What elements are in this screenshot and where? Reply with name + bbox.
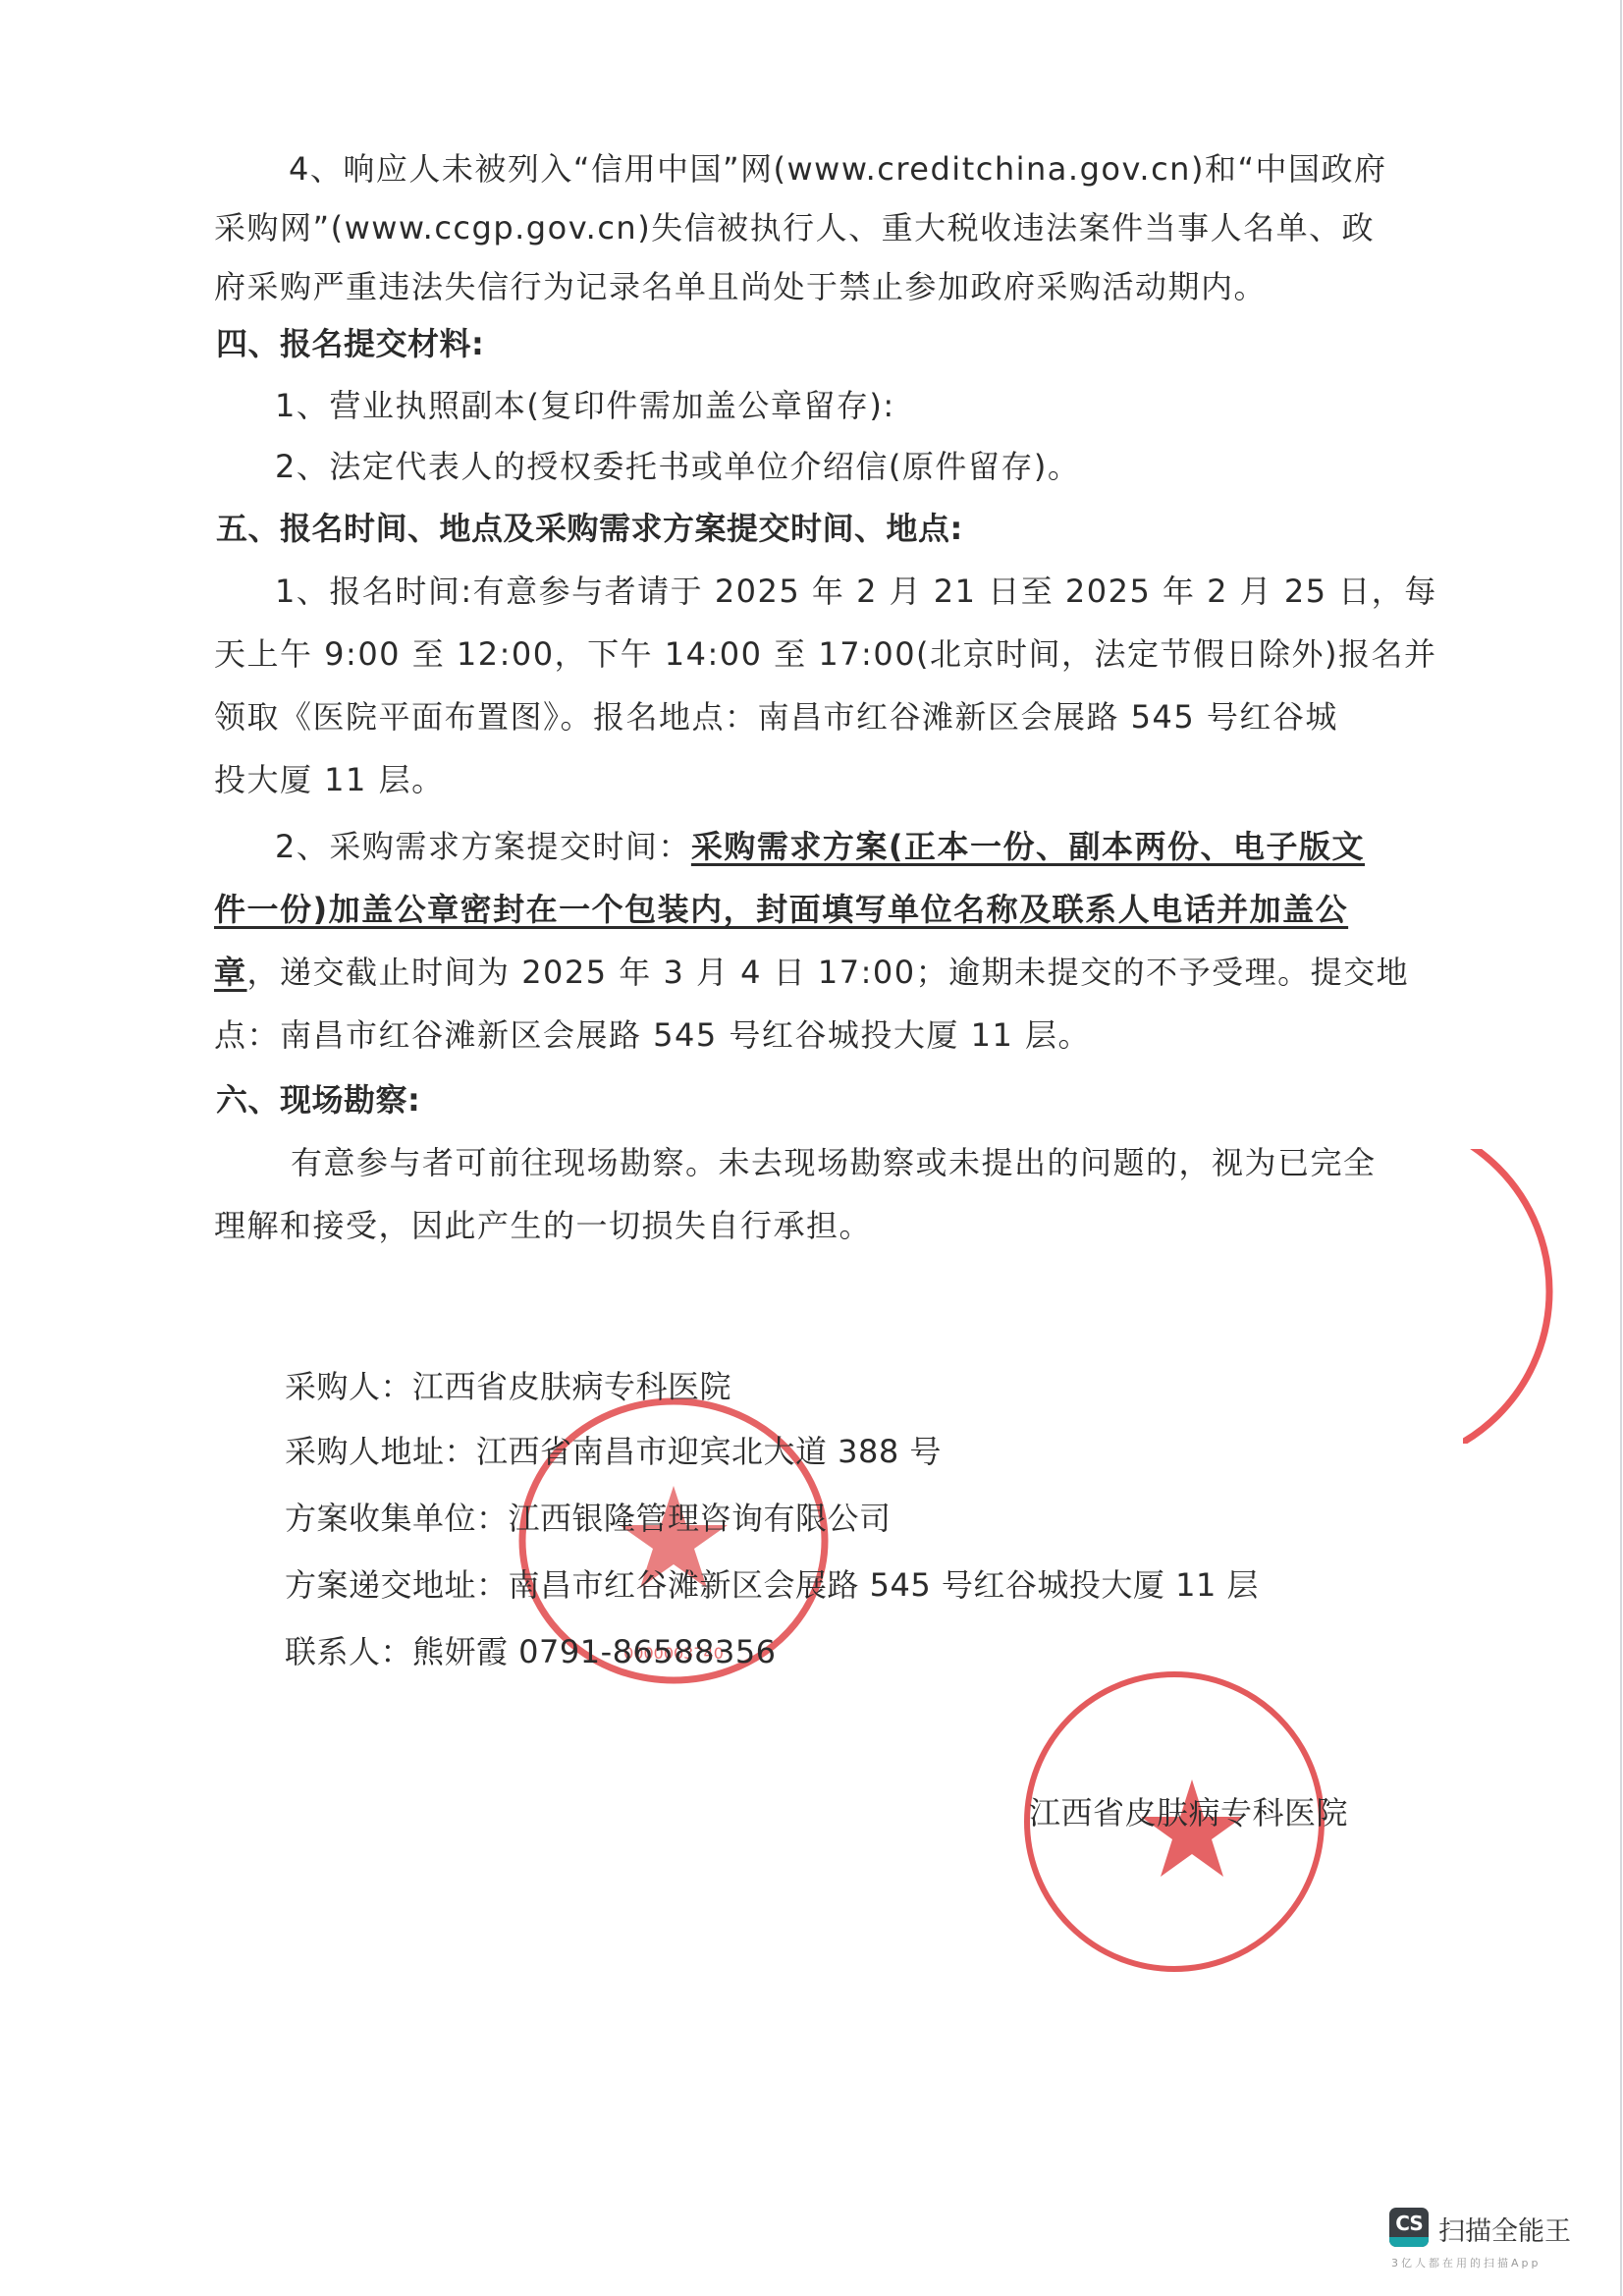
submission-requirement-underlined-2: 件一份)加盖公章密封在一个包装内，封面填写单位名称及联系人电话并加盖公 [214, 891, 1348, 928]
proposal-collector: 方案收集单位：江西银隆管理咨询有限公司 [285, 1499, 892, 1538]
section-4-heading: 四、报名提交材料: [216, 324, 484, 363]
submission-requirement-underlined: 采购需求方案(正本一份、副本两份、电子版文 [691, 828, 1365, 865]
section-6-line-2: 理解和接受，因此产生的一切损失自行承担。 [214, 1206, 872, 1245]
section-5-item-2-line-1: 2、采购需求方案提交时间：采购需求方案(正本一份、副本两份、电子版文 [275, 827, 1365, 866]
submission-time-label: 2、采购需求方案提交时间： [275, 828, 691, 865]
section-5-item-1-line-4: 投大厦 11 层。 [214, 760, 445, 799]
section-6-heading: 六、现场勘察: [216, 1080, 420, 1120]
scanner-watermark: CS 扫描全能王 3亿人都在用的扫描App [1389, 2208, 1586, 2286]
watermark-slogan: 3亿人都在用的扫描App [1391, 2255, 1542, 2270]
section-5-item-1-line-1: 1、报名时间:有意参与者请于 2025 年 2 月 21 日至 2025 年 2… [275, 572, 1437, 611]
section-6-line-1: 有意参与者可前往现场勘察。未去现场勘察或未提出的问题的，视为已完全 [291, 1143, 1377, 1182]
section-4-item-2: 2、法定代表人的授权委托书或单位介绍信(原件留存)。 [275, 447, 1080, 486]
signer-name: 江西省皮肤病专科医院 [1029, 1793, 1348, 1832]
section-5-heading: 五、报名时间、地点及采购需求方案提交时间、地点: [216, 509, 963, 548]
submission-requirement-underlined-3: 章 [214, 954, 247, 991]
submission-deadline: ，递交截止时间为 2025 年 3 月 4 日 17:00；逾期未提交的不予受理… [247, 954, 1410, 991]
section-5-item-1-line-3: 领取《医院平面布置图》。报名地点：南昌市红谷滩新区会展路 545 号红谷城 [214, 697, 1338, 737]
section-5-item-1-line-2: 天上午 9:00 至 12:00，下午 14:00 至 17:00(北京时间，法… [214, 634, 1437, 674]
paragraph-4-line-2: 采购网”(www.ccgp.gov.cn)失信被执行人、重大税收违法案件当事人名… [214, 208, 1375, 247]
camscanner-logo-icon: CS [1389, 2208, 1429, 2247]
section-5-item-2-line-2: 件一份)加盖公章密封在一个包装内，封面填写单位名称及联系人电话并加盖公 [214, 890, 1348, 929]
edge-seal-fragment [1463, 1149, 1620, 1444]
page-right-edge [1620, 0, 1622, 2296]
contact-person: 联系人：熊妍霞 0791-86588356 [285, 1632, 777, 1671]
purchaser-address: 采购人地址：江西省南昌市迎宾北大道 388 号 [285, 1432, 942, 1471]
watermark-app-name: 扫描全能王 [1438, 2210, 1571, 2248]
purchaser: 采购人：江西省皮肤病专科医院 [285, 1367, 731, 1406]
section-5-item-2-line-4: 点：南昌市红谷滩新区会展路 545 号红谷城投大厦 11 层。 [214, 1015, 1091, 1055]
section-4-item-1: 1、营业执照副本(复印件需加盖公章留存): [275, 386, 895, 425]
paragraph-4-line-3: 府采购严重违法失信行为记录名单且尚处于禁止参加政府采购活动期内。 [214, 267, 1267, 306]
paragraph-4-line-1: 4、响应人未被列入“信用中国”网(www.creditchina.gov.cn)… [289, 149, 1387, 189]
section-5-item-2-line-3: 章，递交截止时间为 2025 年 3 月 4 日 17:00；逾期未提交的不予受… [214, 953, 1409, 992]
delivery-address: 方案递交地址：南昌市红谷滩新区会展路 545 号红谷城投大厦 11 层 [285, 1565, 1259, 1605]
